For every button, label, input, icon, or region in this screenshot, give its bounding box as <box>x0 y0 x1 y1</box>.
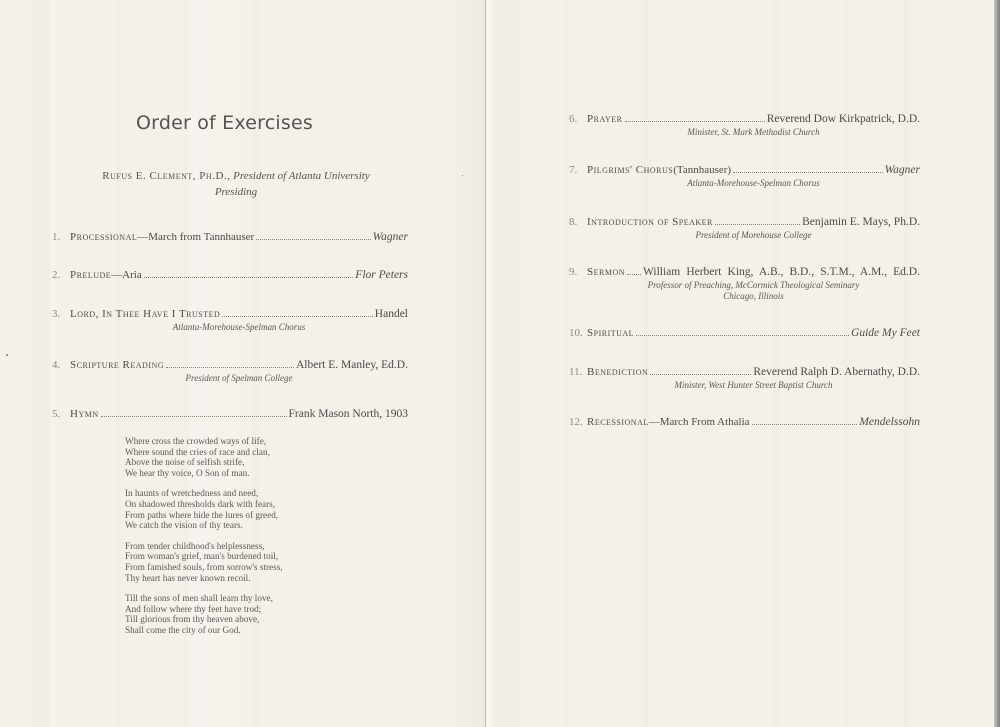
hymn-line: On shadowed thresholds dark with fears, <box>125 499 365 510</box>
dot-leader <box>627 274 641 275</box>
program-item: 3. Lord, In Thee Have I Trusted Handel A… <box>52 308 408 333</box>
item-performer: Handel <box>375 308 408 320</box>
item-label: Recessional <box>587 416 649 428</box>
hymn-line: Shall come the city of our God. <box>125 625 365 636</box>
item-performer: Albert E. Manley, Ed.D. <box>296 359 408 371</box>
program-item: 2. Prelude —Aria Flor Peters <box>52 269 408 281</box>
item-suffix: —March from Tannhauser <box>137 231 254 243</box>
hymn-line: We catch the vision of thy tears. <box>125 520 365 531</box>
hymn-line: And follow where thy feet have trod; <box>125 604 365 615</box>
hymn-line: We hear thy voice, O Son of man. <box>125 468 365 479</box>
item-subtitle: Minister, West Hunter Street Baptist Chu… <box>569 380 920 391</box>
dot-leader <box>101 416 287 417</box>
scan-edge <box>994 0 1000 727</box>
program-item: 9. Sermon William Herbert King, A.B., B.… <box>569 266 920 302</box>
program-item: 7. Pilgrims' Chorus (Tannhauser) Wagner … <box>569 164 920 189</box>
hymn-text: Where cross the crowded ways of life, Wh… <box>125 436 365 646</box>
dot-leader <box>144 277 354 278</box>
hymn-line: Thy heart has never known recoil. <box>125 573 365 584</box>
item-label: Sermon <box>587 266 625 278</box>
center-fold <box>485 0 486 727</box>
hymn-line: From tender childhood's helplessness, <box>125 541 365 552</box>
item-performer: Flor Peters <box>355 269 408 281</box>
dot-leader <box>256 239 370 240</box>
item-number: 10. <box>569 327 587 339</box>
hymn-stanza: Where cross the crowded ways of life, Wh… <box>125 436 365 478</box>
item-performer: Frank Mason North, 1903 <box>289 408 408 420</box>
item-subtitle: Professor of Preaching, McCormick Theolo… <box>569 280 920 291</box>
program-item: 4. Scripture Reading Albert E. Manley, E… <box>52 359 408 384</box>
item-number: 4. <box>52 359 70 371</box>
item-number: 8. <box>569 216 587 228</box>
item-number: 5. <box>52 408 70 420</box>
presider-name: Rufus E. Clement, Ph.D., <box>102 170 230 182</box>
program-item: 5. Hymn Frank Mason North, 1903 <box>52 408 408 420</box>
presiding-note: Presiding <box>86 184 386 200</box>
item-subtitle: President of Morehouse College <box>569 230 920 241</box>
program-item: 1. Processional —March from Tannhauser W… <box>52 231 408 243</box>
item-number: 7. <box>569 164 587 176</box>
program-item: 11. Benediction Reverend Ralph D. Aberna… <box>569 366 920 391</box>
dot-leader <box>166 367 294 368</box>
hymn-line: In haunts of wretchedness and need, <box>125 488 365 499</box>
dot-leader <box>222 316 373 317</box>
item-label: Introduction of Speaker <box>587 216 713 228</box>
item-label: Pilgrims' Chorus <box>587 164 673 176</box>
item-subtitle: Atlanta-Morehouse-Spelman Chorus <box>52 322 408 333</box>
hymn-stanza: In haunts of wretchedness and need, On s… <box>125 488 365 530</box>
item-number: 1. <box>52 231 70 243</box>
dot-leader <box>625 121 765 122</box>
item-label: Benediction <box>587 366 648 378</box>
hymn-stanza: Till the sons of men shall learn thy lov… <box>125 593 365 635</box>
dot-leader <box>715 224 800 225</box>
item-number: 11. <box>569 366 587 378</box>
dot-leader <box>733 172 883 173</box>
program-item: 12. Recessional —March From Athalia Mend… <box>569 416 920 428</box>
item-label: Processional <box>70 231 137 243</box>
item-label: Spiritual <box>587 327 634 339</box>
hymn-line: Above the noise of selfish strife, <box>125 457 365 468</box>
item-label: Scripture Reading <box>70 359 164 371</box>
hymn-line: From paths where hide the lures of greed… <box>125 510 365 521</box>
dot-leader <box>752 424 858 425</box>
item-label: Prayer <box>587 113 623 125</box>
item-number: 2. <box>52 269 70 281</box>
dot-leader <box>650 374 751 375</box>
program-item: 6. Prayer Reverend Dow Kirkpatrick, D.D.… <box>569 113 920 138</box>
item-suffix: (Tannhauser) <box>673 164 731 176</box>
presiding-officer: Rufus E. Clement, Ph.D., President of At… <box>86 168 386 200</box>
item-number: 3. <box>52 308 70 320</box>
hymn-line: Till glorious from thy heaven above, <box>125 614 365 625</box>
item-performer: Guide My Feet <box>851 327 920 339</box>
page-title: Order of Exercises <box>136 112 326 134</box>
hymn-stanza: From tender childhood's helplessness, Fr… <box>125 541 365 583</box>
item-label: Lord, In Thee Have I Trusted <box>70 308 220 320</box>
item-number: 6. <box>569 113 587 125</box>
item-performer: William Herbert King, A.B., B.D., S.T.M.… <box>643 266 920 278</box>
item-performer: Reverend Ralph D. Abernathy, D.D. <box>753 366 920 378</box>
item-suffix: —Aria <box>111 269 142 281</box>
item-subtitle: Atlanta-Morehouse-Spelman Chorus <box>569 178 920 189</box>
program-item: 10. Spiritual Guide My Feet <box>569 327 920 339</box>
item-subtitle: Minister, St. Mark Methodist Church <box>569 127 920 138</box>
item-subtitle: President of Spelman College <box>52 373 408 384</box>
item-subtitle-location: Chicago, Illinois <box>569 291 920 302</box>
item-label: Prelude <box>70 269 111 281</box>
presider-role: President of Atlanta University <box>233 170 370 182</box>
hymn-line: From famished souls, from sorrow's stres… <box>125 562 365 573</box>
item-number: 9. <box>569 266 587 278</box>
item-performer: Mendelssohn <box>859 416 920 428</box>
hymn-line: Where cross the crowded ways of life, <box>125 436 365 447</box>
item-performer: Wagner <box>373 231 408 243</box>
dot-leader <box>636 335 849 336</box>
item-performer: Reverend Dow Kirkpatrick, D.D. <box>767 113 920 125</box>
item-performer: Benjamin E. Mays, Ph.D. <box>802 216 920 228</box>
hymn-line: Where sound the cries of race and clan, <box>125 447 365 458</box>
item-number: 12. <box>569 416 587 428</box>
item-label: Hymn <box>70 408 99 420</box>
paper-speck <box>6 354 8 356</box>
program-item: 8. Introduction of Speaker Benjamin E. M… <box>569 216 920 241</box>
item-suffix: —March From Athalia <box>649 416 750 428</box>
hymn-line: From woman's grief, man's burdened toil, <box>125 551 365 562</box>
hymn-line: Till the sons of men shall learn thy lov… <box>125 593 365 604</box>
item-performer: Wagner <box>885 164 920 176</box>
paper-speck <box>462 175 463 176</box>
